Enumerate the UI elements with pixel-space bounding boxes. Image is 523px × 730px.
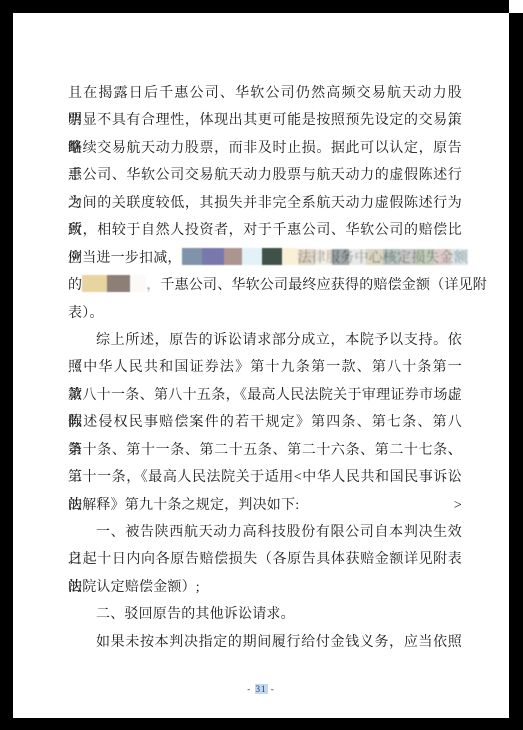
judgment-page: 且在揭露日后千惠公司、华软公司仍然高频交易航天动力股票，明显不具有合理性，体现出… — [13, 13, 509, 718]
redaction-mosaic — [182, 248, 298, 265]
page-number: - 31 - — [13, 684, 509, 694]
text-line: 《中华人民共和国证券法》第十九条第一款、第八十条第一款、 — [68, 354, 462, 381]
screenshot-canvas: 且在揭露日后千惠公司、华软公司仍然高频交易航天动力股票，明显不具有合理性，体现出… — [0, 0, 523, 730]
text-segment: 的 — [68, 278, 82, 293]
mosaic-block — [224, 248, 242, 265]
text-line: 致，相较于自然人投资者，对于千惠公司、华软公司的赔偿比例 — [68, 217, 462, 244]
text-line: 三十一条，《最高人民法院关于适用<中华人民共和国民事诉讼法> — [68, 464, 462, 491]
text-line: 第十条、第十一条、第二十五条、第二十六条、第二十七条、第 — [68, 437, 462, 464]
text-segment: 千惠公司、华软公司最终应获得的赔偿金额（详见附 — [160, 278, 487, 293]
text-line: 且在揭露日后千惠公司、华软公司仍然高频交易航天动力股票， — [68, 80, 462, 107]
text-line: 陈述侵权民事赔偿案件的若干规定》第四条、第七条、第八条、 — [68, 409, 462, 436]
text-line: 明显不具有合理性，体现出其更可能是按照预先设定的交易策略 — [68, 107, 462, 134]
text-line: 表）。 — [68, 300, 462, 327]
mosaic-block — [107, 275, 130, 292]
page-number-prefix: - — [247, 684, 254, 694]
mosaic-block — [182, 248, 202, 265]
text-line: 应当进一步扣减，法律服务中心核定损失金额 — [68, 245, 462, 272]
mosaic-block — [82, 275, 107, 292]
ghost-punctuation: ， — [146, 278, 160, 293]
text-line: 如果未按本判决指定的期间履行给付金钱义务，应当依照 — [68, 629, 462, 656]
text-line: 法院认定赔偿金额）; — [68, 574, 462, 601]
text-line: 继续交易航天动力股票，而非及时止损。据此可以认定，原告千 — [68, 135, 462, 162]
text-line: 综上所述，原告的诉讼请求部分成立，本院予以支持。依照 — [68, 327, 462, 354]
mosaic-block — [130, 275, 146, 292]
mosaic-block — [202, 248, 224, 265]
ghost-mosaic-overlay — [298, 249, 468, 265]
text-line: 日起十日内向各原告赔偿损失（各原告具体获赔金额详见附表的 — [68, 546, 462, 573]
mosaic-block — [262, 248, 282, 265]
judgment-text-block: 且在揭露日后千惠公司、华软公司仍然高频交易航天动力股票，明显不具有合理性，体现出… — [68, 80, 462, 656]
page-number-value: 31 — [255, 684, 268, 694]
text-line: 二、驳回原告的其他诉讼请求。 — [68, 601, 462, 628]
text-line: 的，千惠公司、华软公司最终应获得的赔偿金额（详见附 — [68, 272, 462, 299]
text-line: 一、被告陕西航天动力高科技股份有限公司自本判决生效之 — [68, 519, 462, 546]
page-number-suffix: - — [268, 684, 275, 694]
redacted-ghost-text: 法律服务中心核定损失金额 — [298, 245, 468, 272]
text-line: 惠公司、华软公司交易航天动力股票与航天动力的虚假陈述行为 — [68, 162, 462, 189]
text-line: 之间的关联度较低，其损失并非完全系航天动力虚假陈述行为所 — [68, 190, 462, 217]
text-line: 第八十一条、第八十五条，《最高人民法院关于审理证券市场虚假 — [68, 382, 462, 409]
background-corner-notch — [509, 0, 523, 13]
text-segment: 应当进一步扣减， — [68, 251, 182, 266]
mosaic-block — [242, 248, 262, 265]
mosaic-block — [282, 248, 298, 265]
redaction-mosaic — [82, 275, 146, 292]
